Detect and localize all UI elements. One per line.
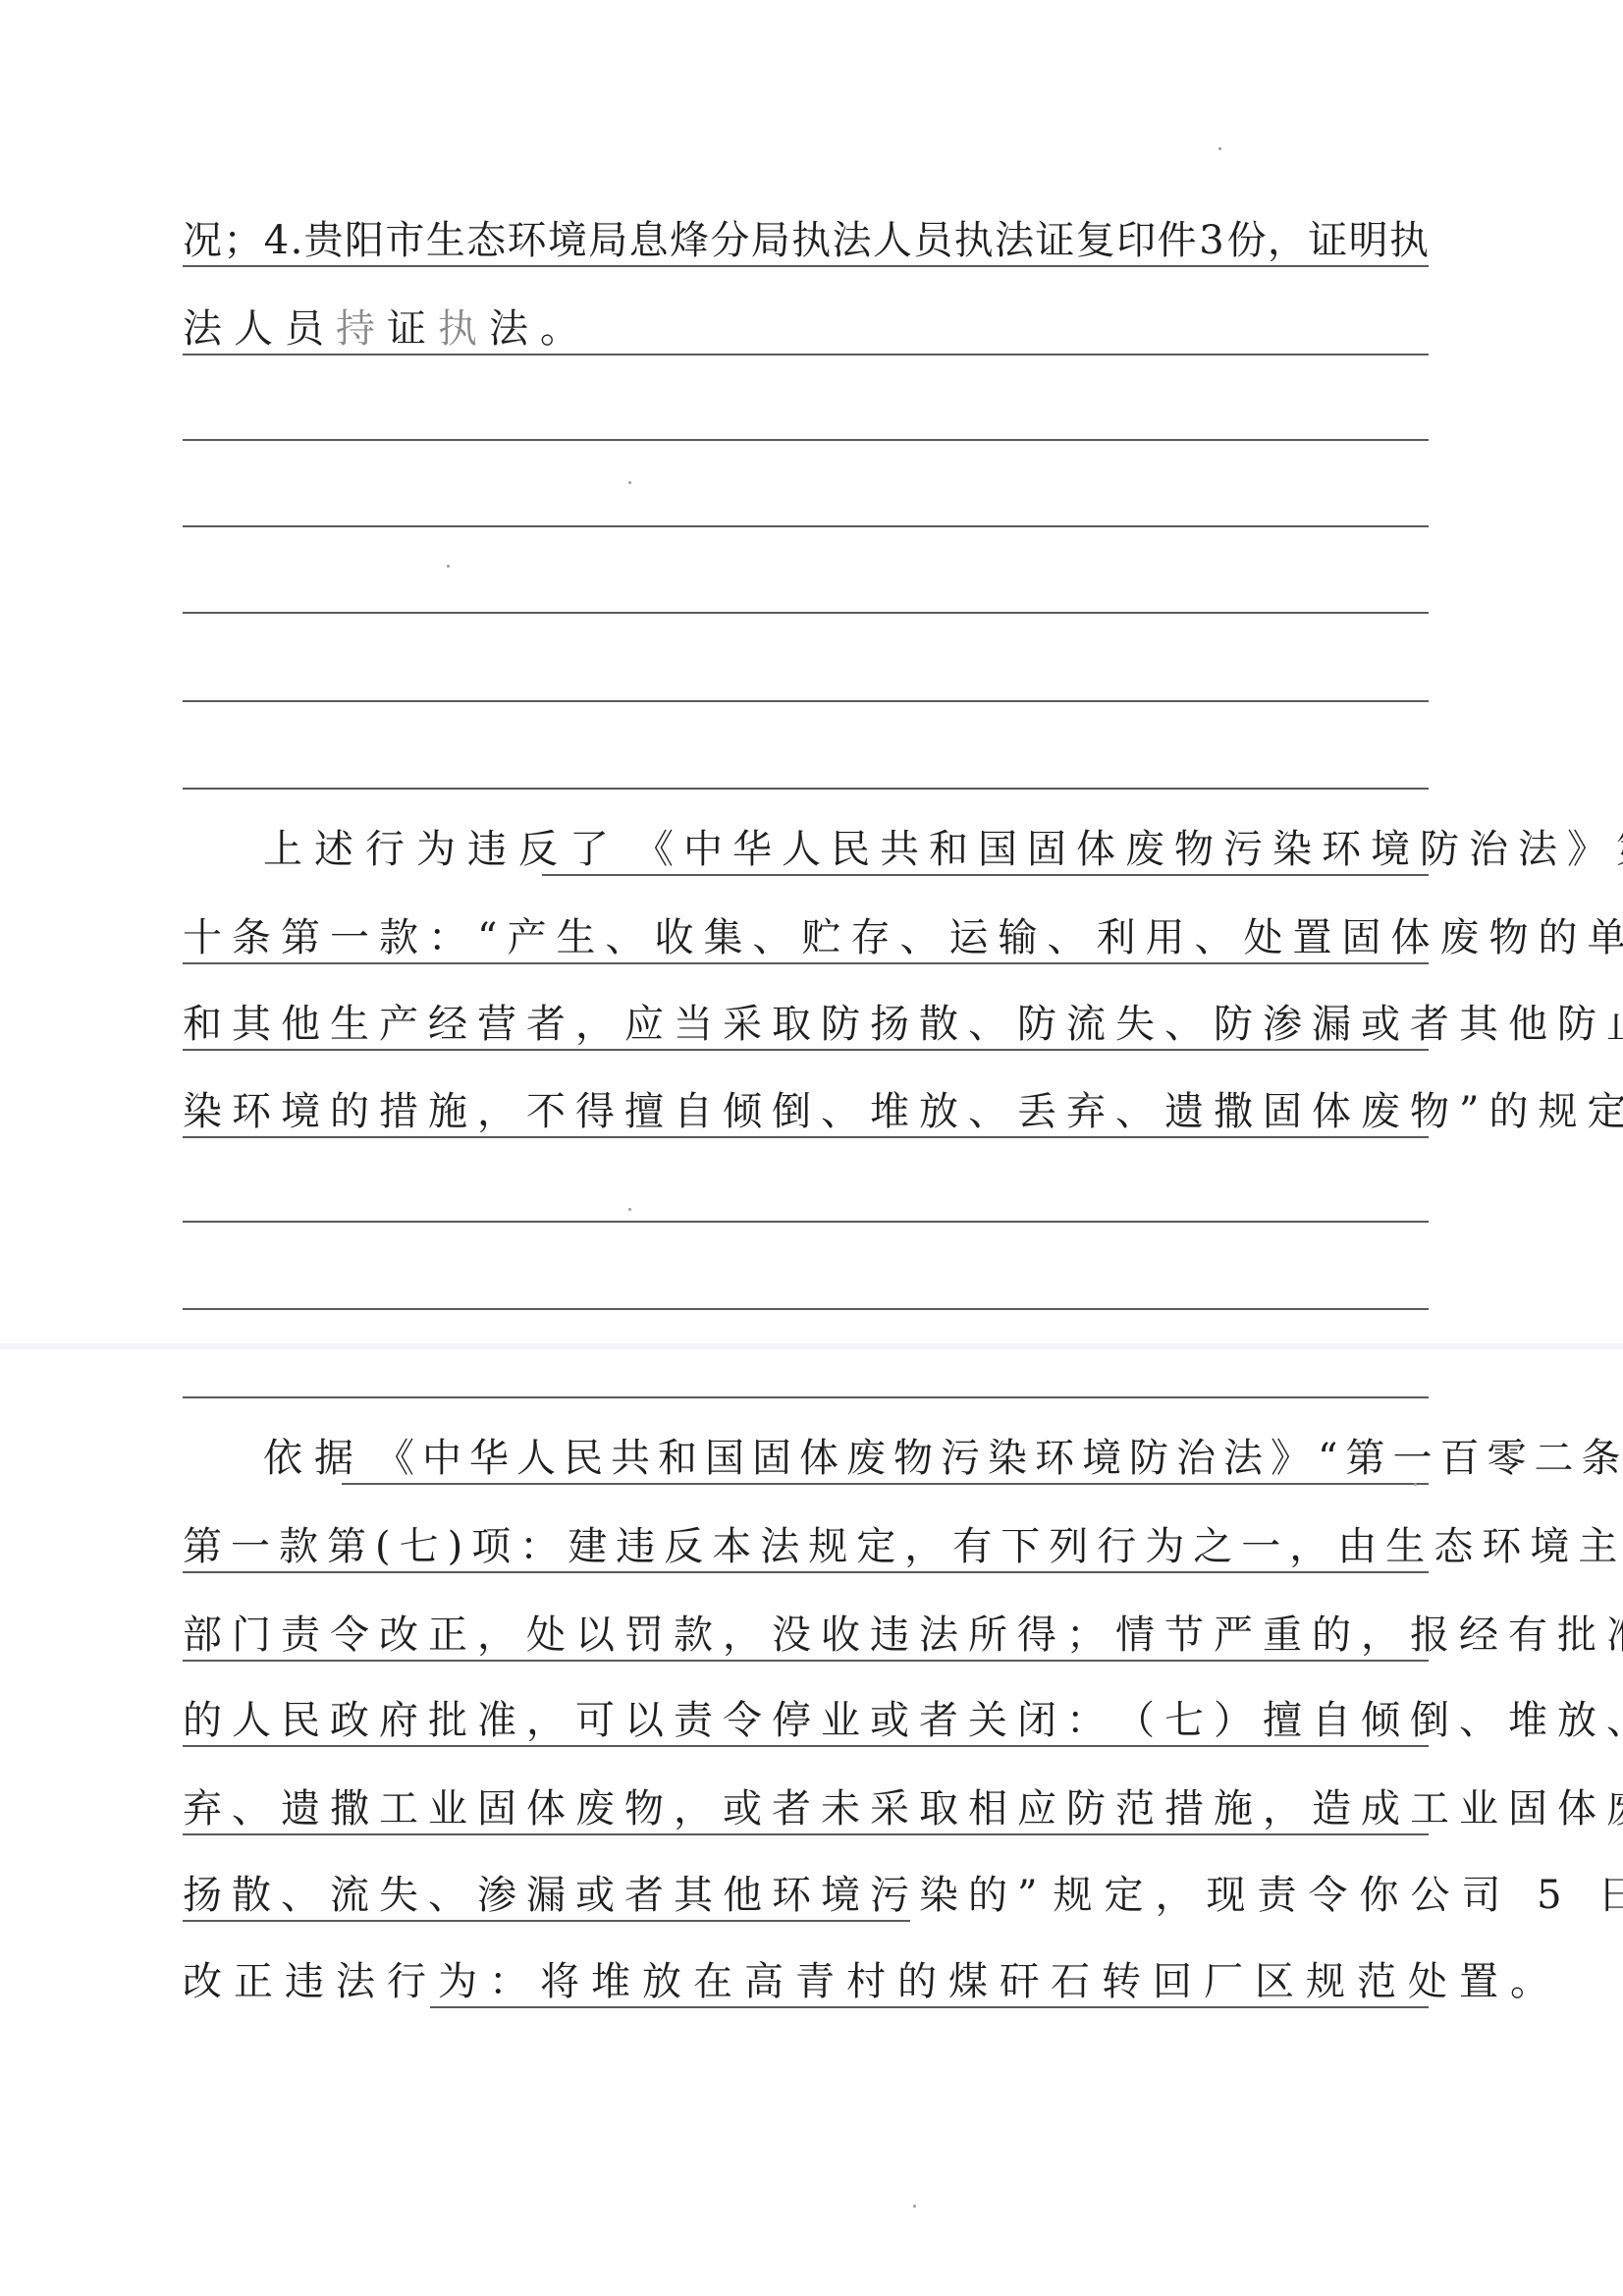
blank-ruled-line: [183, 731, 1429, 790]
basis-line-6: 扬散、流失、渗漏或者其他环境污染的” 规定，现责令你公司 5 日内: [183, 1863, 1429, 1922]
underline: [183, 1660, 1429, 1662]
scan-speck: [913, 2205, 916, 2208]
violation-text-1: 上述行为违反了 《中华人民共和国固体废物污染环境防治法》第二: [183, 826, 1429, 873]
violation-text-3: 和其他生产经营者，应当采取防扬散、防流失、防渗漏或者其他防止污: [183, 1001, 1429, 1048]
underline: [183, 1308, 1429, 1310]
underline: [183, 962, 1429, 964]
underline: [342, 1483, 1429, 1485]
law-citation: 《中华人民共和国固体废物污染环境防治法》“第一百零二条: [375, 1435, 1623, 1482]
violation-line-3: 和其他生产经营者，应当采取防扬散、防流失、防渗漏或者其他防止污: [183, 992, 1429, 1051]
violation-text-2: 十条第一款：“产生、收集、贮存、运输、利用、处置固体废物的单位: [183, 914, 1429, 961]
blank-ruled-line: [183, 555, 1429, 614]
basis-text-6: 扬散、流失、渗漏或者其他环境污染的” 规定，现责令你公司 5 日内: [183, 1872, 1429, 1919]
basis-text-5: 弃、遗撒工业固体废物，或者未采取相应防范措施，造成工业固体废物: [183, 1785, 1429, 1832]
blank-ruled-line: [183, 468, 1429, 527]
basis-line-2: 第一款第(七)项：建违反本法规定，有下列行为之一，由生态环境主管: [183, 1514, 1429, 1573]
order-prefix: 改正违法行为: [183, 1958, 489, 2005]
scanned-document-page: 况；4.贵阳市生态环境局息烽分局执法人员执法证复印件 3 份，证明执 法人员持证…: [0, 0, 1623, 2296]
underline: [430, 2006, 1429, 2008]
underline: [183, 612, 1429, 614]
continuation-text-2: 法人员持证执法。: [183, 305, 1429, 353]
underline: [183, 354, 1429, 355]
scan-speck: [628, 1208, 631, 1211]
underline: [183, 1571, 1429, 1573]
underline: [183, 700, 1429, 702]
basis-line-7: 改正违法行为 ：将堆放在高青村的煤矸石转回厂区规范处置。: [183, 1949, 1429, 2008]
continuation-line-1: 况；4.贵阳市生态环境局息烽分局执法人员执法证复印件 3 份，证明执: [183, 208, 1429, 267]
underline: [183, 525, 1429, 527]
basis-lead-in: 依据: [183, 1435, 375, 1482]
violation-line-1: 上述行为违反了 《中华人民共和国固体废物污染环境防治法》第二: [183, 817, 1429, 876]
basis-line-5: 弃、遗撒工业固体废物，或者未采取相应防范措施，造成工业固体废物: [183, 1777, 1429, 1835]
basis-line-4: 的人民政府批准，可以责令停业或者关闭：（七）擅自倾倒、堆放、丢: [183, 1688, 1429, 1747]
underline: [183, 1396, 1429, 1398]
violation-text-4: 染环境的措施，不得擅自倾倒、堆放、丢弃、遗撒固体废物”的规定。: [183, 1088, 1429, 1135]
blank-ruled-line: [183, 1164, 1429, 1223]
scan-speck: [628, 481, 631, 484]
underline: [183, 1920, 910, 1922]
violation-line-4: 染环境的措施，不得擅自倾倒、堆放、丢弃、遗撒固体废物”的规定。: [183, 1079, 1429, 1138]
basis-text-1: 依据 《中华人民共和国固体废物污染环境防治法》“第一百零二条: [183, 1435, 1429, 1482]
underline: [542, 874, 1429, 876]
underline: [183, 788, 1429, 790]
underline: [183, 439, 1429, 441]
violation-line-2: 十条第一款：“产生、收集、贮存、运输、利用、处置固体废物的单位: [183, 905, 1429, 964]
underline: [183, 1136, 1429, 1138]
scan-speck: [1218, 147, 1221, 150]
basis-line-1: 依据 《中华人民共和国固体废物污染环境防治法》“第一百零二条: [183, 1426, 1429, 1485]
continuation-line-2: 法人员持证执法。: [183, 297, 1429, 355]
law-quote-end: 扬散、流失、渗漏或者其他环境污染的”: [183, 1872, 1047, 1919]
blank-ruled-line: [183, 1339, 1429, 1398]
blank-ruled-line: [183, 382, 1429, 441]
basis-text-4: 的人民政府批准，可以责令停业或者关闭：（七）擅自倾倒、堆放、丢: [183, 1697, 1429, 1744]
corrective-order: ：将堆放在高青村的煤矸石转回厂区规范处置。: [489, 1958, 1561, 2005]
underline: [183, 1833, 1429, 1835]
continuation-text-1: 况；4.贵阳市生态环境局息烽分局执法人员执法证复印件 3 份，证明执: [183, 217, 1429, 264]
basis-text-3: 部门责令改正，处以罚款，没收违法所得；情节严重的，报经有批准权: [183, 1612, 1429, 1659]
law-citation: 《中华人民共和国固体废物污染环境防治法》第二: [634, 826, 1623, 873]
underline: [183, 1745, 1429, 1747]
blank-ruled-line: [183, 643, 1429, 702]
underline: [183, 1221, 1429, 1223]
basis-text-2: 第一款第(七)项：建违反本法规定，有下列行为之一，由生态环境主管: [183, 1523, 1429, 1570]
scan-speck: [1414, 1483, 1417, 1486]
underline: [183, 1049, 1429, 1051]
blank-ruled-line: [183, 1251, 1429, 1310]
order-intro: 规定，现责令你公司 5 日内: [1053, 1872, 1623, 1919]
scan-speck: [447, 565, 450, 568]
basis-line-3: 部门责令改正，处以罚款，没收违法所得；情节严重的，报经有批准权: [183, 1603, 1429, 1662]
underline: [183, 265, 1429, 267]
basis-text-7: 改正违法行为 ：将堆放在高青村的煤矸石转回厂区规范处置。: [183, 1958, 1429, 2005]
violation-lead-in: 上述行为违反了: [183, 826, 634, 873]
